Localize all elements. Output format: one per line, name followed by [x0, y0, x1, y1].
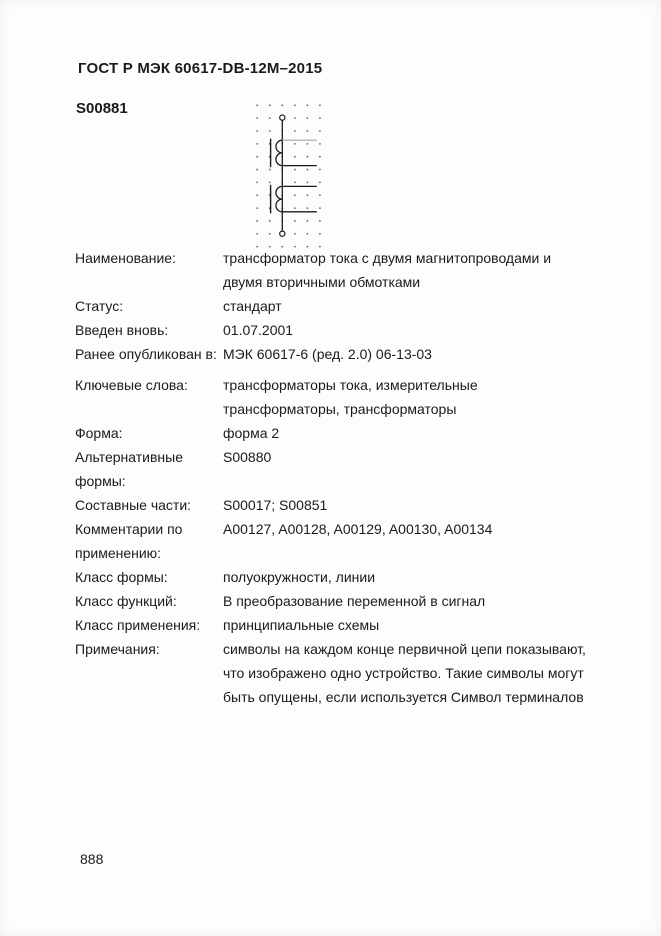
property-label: Составные части:: [75, 493, 223, 517]
property-value: В преобразование переменной в сигнал: [223, 589, 631, 613]
property-label: Класс формы:: [75, 565, 223, 589]
property-row: Наименование: трансформатор тока с двумя…: [75, 246, 631, 294]
grid-dot: [319, 194, 321, 196]
grid-dot: [256, 130, 258, 132]
secondary-winding-1: [276, 140, 282, 165]
grid-dot: [307, 194, 309, 196]
grid-dot: [319, 182, 321, 184]
property-row: Форма: форма 2: [75, 421, 631, 445]
property-label: Класс функций:: [75, 589, 223, 613]
property-value: форма 2: [223, 421, 631, 445]
grid-dot: [319, 130, 321, 132]
grid-dot: [294, 182, 296, 184]
grid-dot: [294, 194, 296, 196]
grid-dot: [307, 104, 309, 106]
document-page: ГОСТ Р МЭК 60617-DB-12M–2015 S00881 Наим…: [0, 0, 661, 936]
grid-dot: [319, 207, 321, 209]
grid-dot: [269, 104, 271, 106]
grid-dot: [307, 169, 309, 171]
property-label: Класс применения:: [75, 613, 223, 637]
grid-dot: [269, 233, 271, 235]
grid-dot: [269, 169, 271, 171]
property-value: принципиальные схемы: [223, 613, 631, 637]
grid-dot: [256, 143, 258, 145]
grid-dot: [256, 117, 258, 119]
grid-dot: [294, 104, 296, 106]
grid-dot: [269, 182, 271, 184]
property-label: Ключевые слова:: [75, 373, 223, 397]
page-number: 888: [80, 851, 103, 867]
symbol-figure: [245, 95, 327, 250]
property-value: S00017; S00851: [223, 493, 631, 517]
property-value: трансформаторы тока, измерительные транс…: [223, 373, 631, 421]
grid-dot: [319, 117, 321, 119]
grid-dot: [319, 104, 321, 106]
property-value: символы на каждом конце первичной цепи п…: [223, 637, 631, 709]
property-label: Форма:: [75, 421, 223, 445]
grid-dot: [307, 207, 309, 209]
grid-dot: [294, 169, 296, 171]
property-row: Ключевые слова: трансформаторы тока, изм…: [75, 373, 631, 421]
grid-dot: [294, 143, 296, 145]
grid-dot: [319, 143, 321, 145]
property-value: стандарт: [223, 294, 631, 318]
grid-dot: [307, 233, 309, 235]
terminal-bottom-icon: [280, 231, 285, 236]
grid-dot: [307, 220, 309, 222]
property-row: Статус: стандарт: [75, 294, 631, 318]
property-value: МЭК 60617-6 (ред. 2.0) 06-13-03: [223, 342, 631, 366]
grid-dot: [269, 117, 271, 119]
property-row: Класс функций: В преобразование переменн…: [75, 589, 631, 613]
property-row: Комментарии по применению: A00127, A0012…: [75, 517, 631, 565]
property-label: Комментарии по применению:: [75, 517, 223, 565]
symbol-id: S00881: [76, 100, 128, 117]
grid-dot: [256, 156, 258, 158]
property-row: Ранее опубликован в: МЭК 60617-6 (ред. 2…: [75, 342, 631, 366]
grid-dot: [256, 182, 258, 184]
grid-dot: [294, 156, 296, 158]
property-label: Введен вновь:: [75, 318, 223, 342]
property-label: Статус:: [75, 294, 223, 318]
document-title: ГОСТ Р МЭК 60617-DB-12M–2015: [78, 60, 322, 77]
property-row: Примечания: символы на каждом конце перв…: [75, 637, 631, 709]
grid-dot: [294, 117, 296, 119]
property-row: Класс применения: принципиальные схемы: [75, 613, 631, 637]
property-label: Наименование:: [75, 246, 223, 270]
property-value: S00880: [223, 445, 631, 469]
grid-dot: [307, 130, 309, 132]
grid-dot: [256, 169, 258, 171]
grid-dot: [294, 220, 296, 222]
grid-dot: [294, 207, 296, 209]
property-row: Введен вновь: 01.07.2001: [75, 318, 631, 342]
property-row: Альтернативные формы: S00880: [75, 445, 631, 493]
grid-dot: [256, 220, 258, 222]
grid-dot: [256, 104, 258, 106]
grid-dot: [294, 130, 296, 132]
property-value: 01.07.2001: [223, 318, 631, 342]
property-row: Составные части: S00017; S00851: [75, 493, 631, 517]
property-value: трансформатор тока с двумя магнитопровод…: [223, 246, 631, 294]
secondary-winding-2: [276, 186, 282, 211]
property-value: полуокружности, линии: [223, 565, 631, 589]
grid-dot: [307, 156, 309, 158]
terminal-top-icon: [280, 115, 285, 120]
grid-dot: [269, 130, 271, 132]
grid-dot: [256, 207, 258, 209]
grid-dot: [307, 182, 309, 184]
grid-dot: [319, 220, 321, 222]
grid-dot: [319, 169, 321, 171]
grid-dot: [319, 233, 321, 235]
grid-dot: [307, 117, 309, 119]
property-label: Примечания:: [75, 637, 223, 661]
property-value: A00127, A00128, A00129, A00130, A00134: [223, 517, 631, 541]
grid-dot: [281, 104, 283, 106]
grid-dot: [256, 194, 258, 196]
grid-dot: [269, 220, 271, 222]
property-label: Альтернативные формы:: [75, 445, 223, 493]
property-row: Класс формы: полуокружности, линии: [75, 565, 631, 589]
properties-list: Наименование: трансформатор тока с двумя…: [75, 246, 631, 709]
grid-dot: [256, 233, 258, 235]
grid-dot: [294, 233, 296, 235]
dot-grid-pattern: [256, 104, 321, 247]
grid-dot: [307, 143, 309, 145]
grid-dot: [319, 156, 321, 158]
property-label: Ранее опубликован в:: [75, 342, 223, 366]
